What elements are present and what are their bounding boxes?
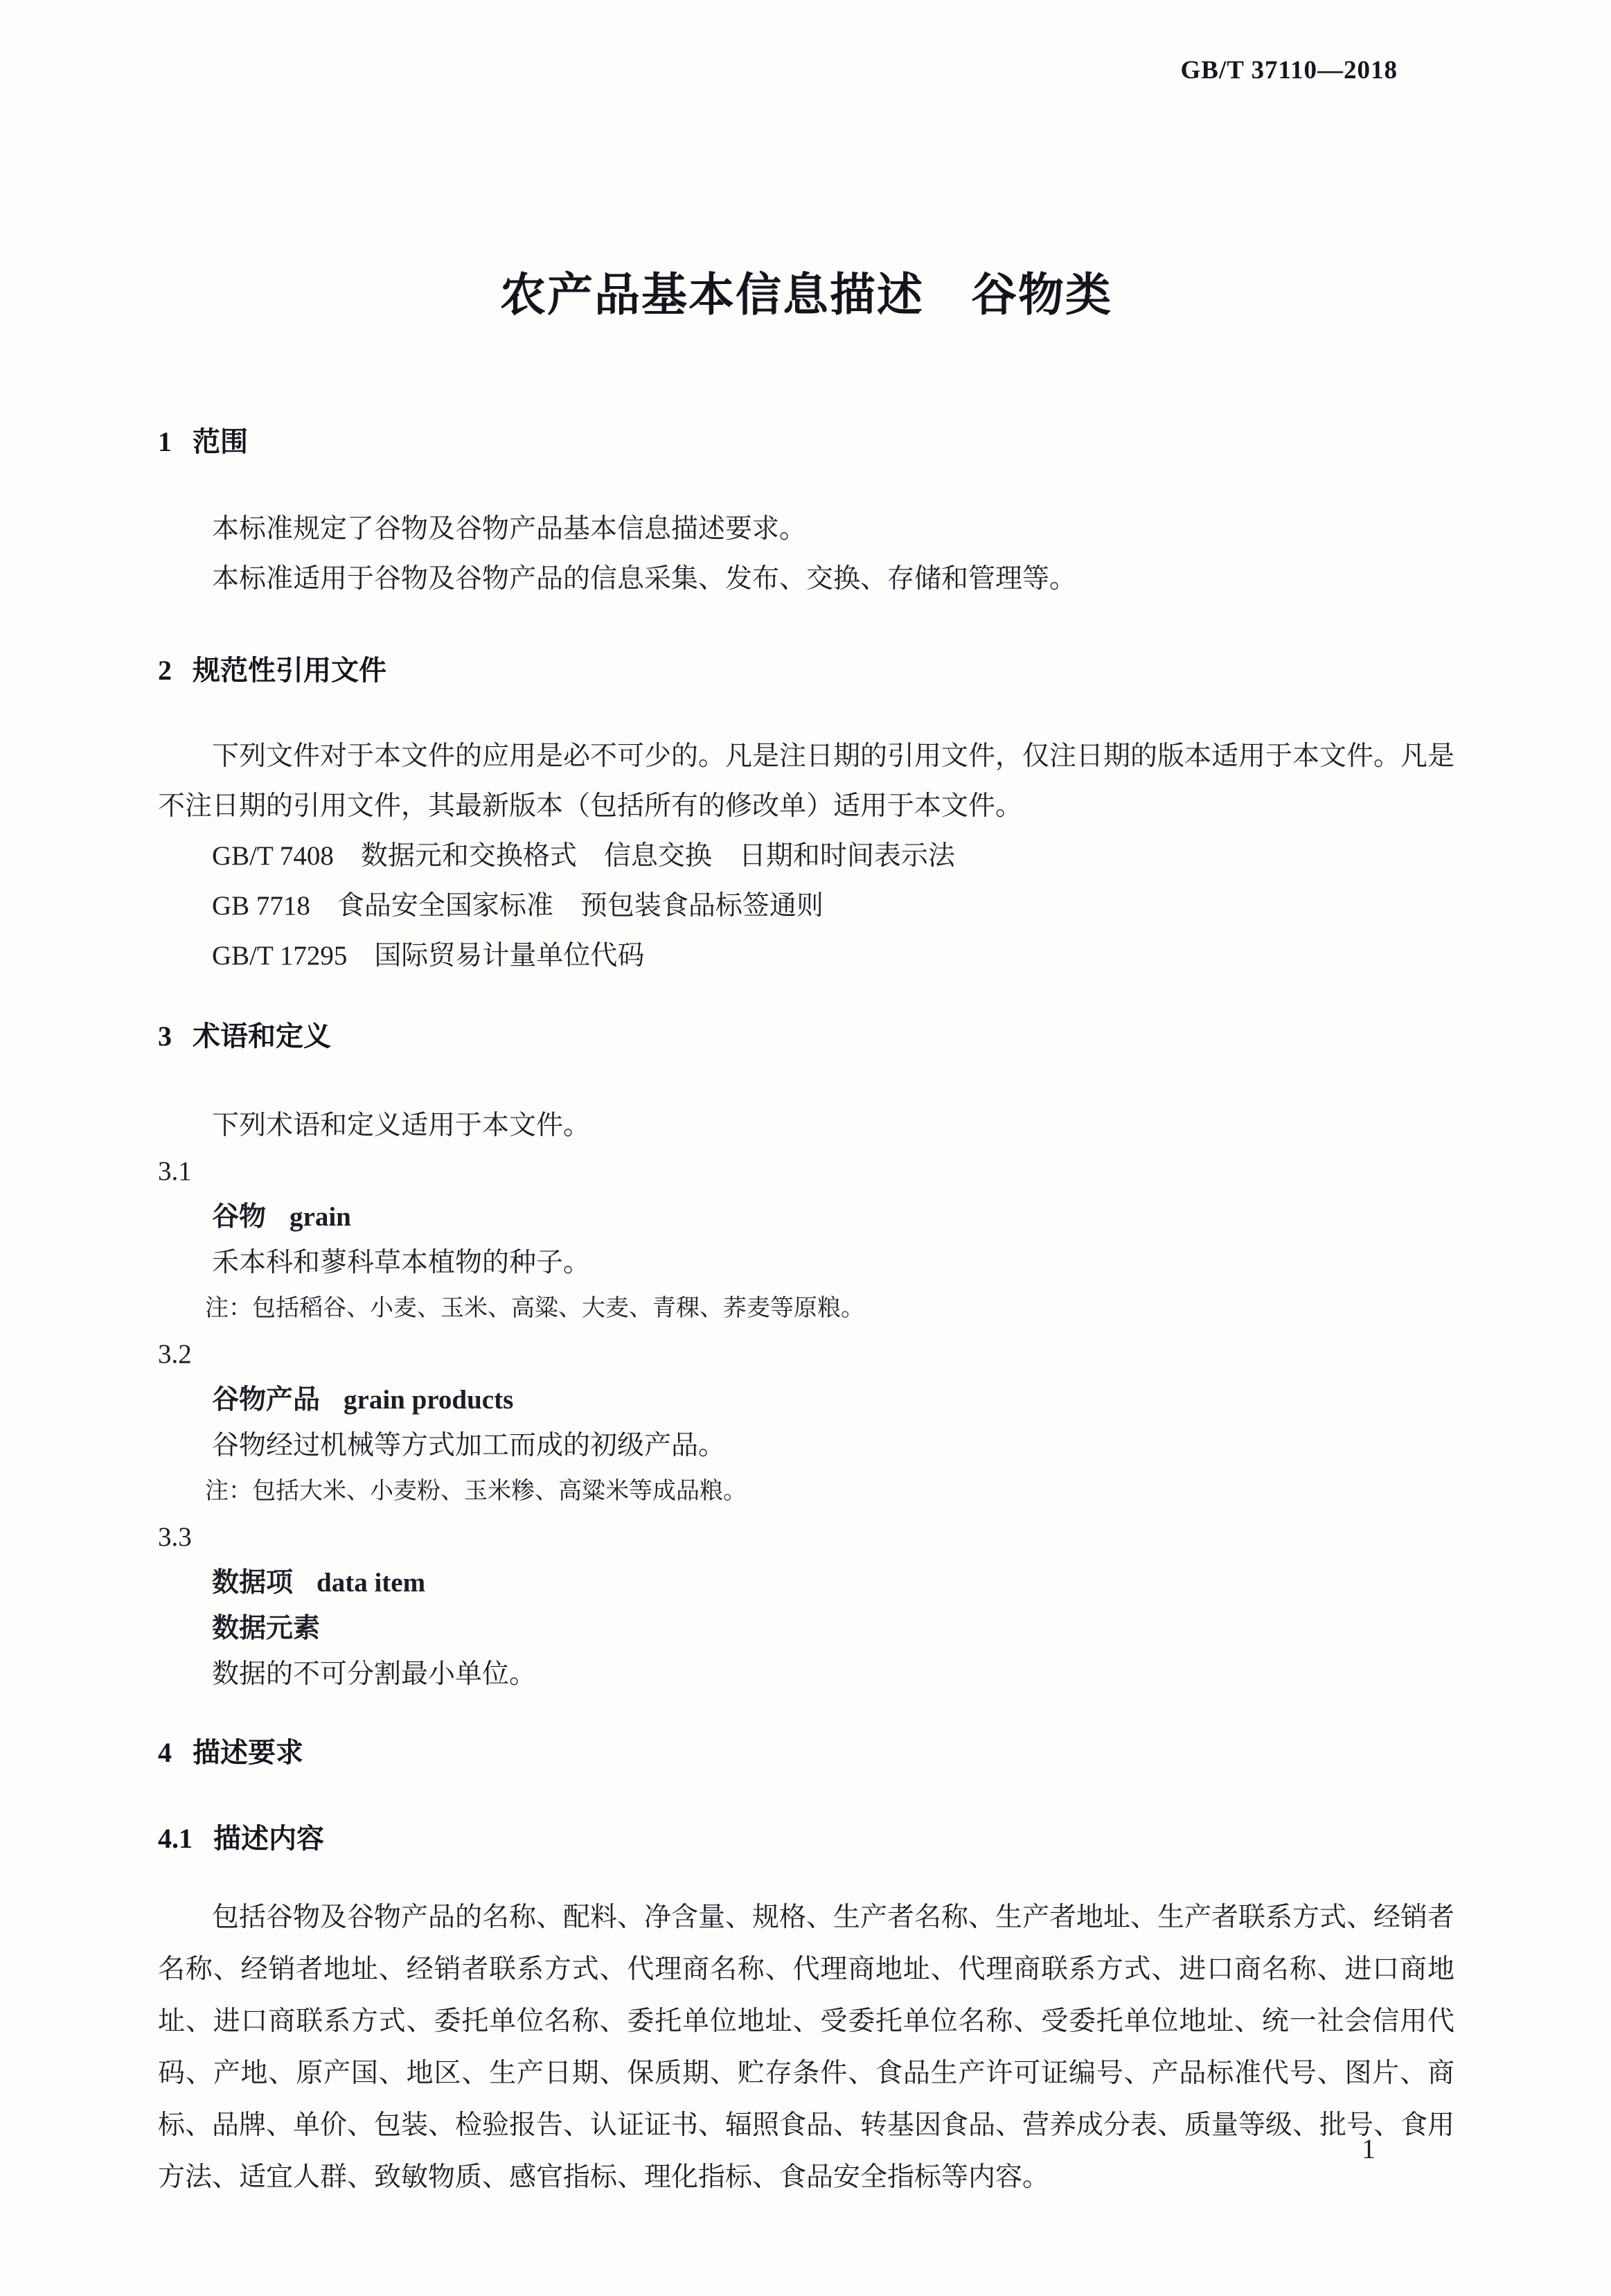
term-name-en: grain products xyxy=(344,1385,513,1415)
reference-item: GB/T 7408 数据元和交换格式 信息交换 日期和时间表示法 xyxy=(158,831,1454,881)
term-name: 谷物grain xyxy=(158,1194,1454,1240)
section-3-title: 术语和定义 xyxy=(193,1021,331,1052)
term-alias-zh: 数据元素 xyxy=(212,1614,320,1643)
term-note: 注：包括大米、小麦粉、玉米糁、高粱米等成品粮。 xyxy=(158,1469,1454,1515)
term-name: 谷物产品grain products xyxy=(158,1377,1454,1423)
section-4-1-heading: 4.1描述内容 xyxy=(158,1822,1454,1855)
section-2-heading: 2规范性引用文件 xyxy=(158,654,1454,687)
term-name-en: grain xyxy=(290,1202,351,1232)
section-3-heading: 3术语和定义 xyxy=(158,1020,1454,1053)
normative-references-intro: 下列文件对于本文件的应用是必不可少的。凡是注日期的引用文件，仅注日期的版本适用于… xyxy=(158,732,1454,831)
section-1-heading: 1范围 xyxy=(158,425,1454,459)
term-note: 注：包括稻谷、小麦、玉米、高粱、大麦、青稞、荞麦等原粮。 xyxy=(158,1286,1454,1332)
document-title: 农产品基本信息描述 谷物类 xyxy=(158,267,1454,321)
section-2-title: 规范性引用文件 xyxy=(193,655,386,686)
term-id: 3.1 xyxy=(158,1149,1454,1194)
section-2-number: 2 xyxy=(158,654,172,687)
term-id: 3.2 xyxy=(158,1332,1454,1377)
section-4-1-title: 描述内容 xyxy=(213,1823,324,1854)
page-content: GB/T 37110—2018 农产品基本信息描述 谷物类 1范围 本标准规定了… xyxy=(158,0,1454,2230)
term-definition: 数据的不可分割最小单位。 xyxy=(158,1652,1454,1697)
scope-paragraph-2: 本标准适用于谷物及谷物产品的信息采集、发布、交换、存储和管理等。 xyxy=(158,554,1454,604)
reference-item: GB 7718 食品安全国家标准 预包装食品标签通则 xyxy=(158,881,1454,931)
standard-number: GB/T 37110—2018 xyxy=(158,55,1398,86)
section-4-title: 描述要求 xyxy=(193,1738,303,1768)
section-3-number: 3 xyxy=(158,1020,172,1053)
term-definition: 谷物经过机械等方式加工而成的初级产品。 xyxy=(158,1423,1454,1469)
section-1-title: 范围 xyxy=(193,427,248,457)
term-entry: 3.3 数据项data item 数据元素 数据的不可分割最小单位。 xyxy=(158,1515,1454,1697)
terms-and-definitions: 下列术语和定义适用于本文件。 3.1 谷物grain 禾本科和蓼科草本植物的种子… xyxy=(158,1103,1454,1697)
reference-item: GB/T 17295 国际贸易计量单位代码 xyxy=(158,931,1454,981)
term-id: 3.3 xyxy=(158,1515,1454,1560)
term-alias: 数据元素 xyxy=(158,1606,1454,1652)
term-name-zh: 谷物产品 xyxy=(212,1385,320,1415)
description-content-paragraph: 包括谷物及谷物产品的名称、配料、净含量、规格、生产者名称、生产者地址、生产者联系… xyxy=(158,1891,1454,2203)
section-4-number: 4 xyxy=(158,1736,172,1769)
section-4-1-number: 4.1 xyxy=(158,1822,193,1855)
term-entry: 3.2 谷物产品grain products 谷物经过机械等方式加工而成的初级产… xyxy=(158,1332,1454,1515)
page-number: 1 xyxy=(1362,2132,1376,2166)
section-1-number: 1 xyxy=(158,425,172,459)
term-entry: 3.1 谷物grain 禾本科和蓼科草本植物的种子。 注：包括稻谷、小麦、玉米、… xyxy=(158,1149,1454,1332)
term-name-zh: 谷物 xyxy=(212,1202,266,1232)
term-definition: 禾本科和蓼科草本植物的种子。 xyxy=(158,1240,1454,1286)
term-name-en: data item xyxy=(317,1568,425,1598)
scope-paragraph-1: 本标准规定了谷物及谷物产品基本信息描述要求。 xyxy=(158,504,1454,554)
terms-intro: 下列术语和定义适用于本文件。 xyxy=(158,1103,1454,1149)
term-name: 数据项data item xyxy=(158,1560,1454,1606)
section-4-heading: 4描述要求 xyxy=(158,1736,1454,1769)
term-name-zh: 数据项 xyxy=(212,1568,293,1598)
document-page: GB/T 37110—2018 农产品基本信息描述 谷物类 1范围 本标准规定了… xyxy=(0,0,1611,2296)
